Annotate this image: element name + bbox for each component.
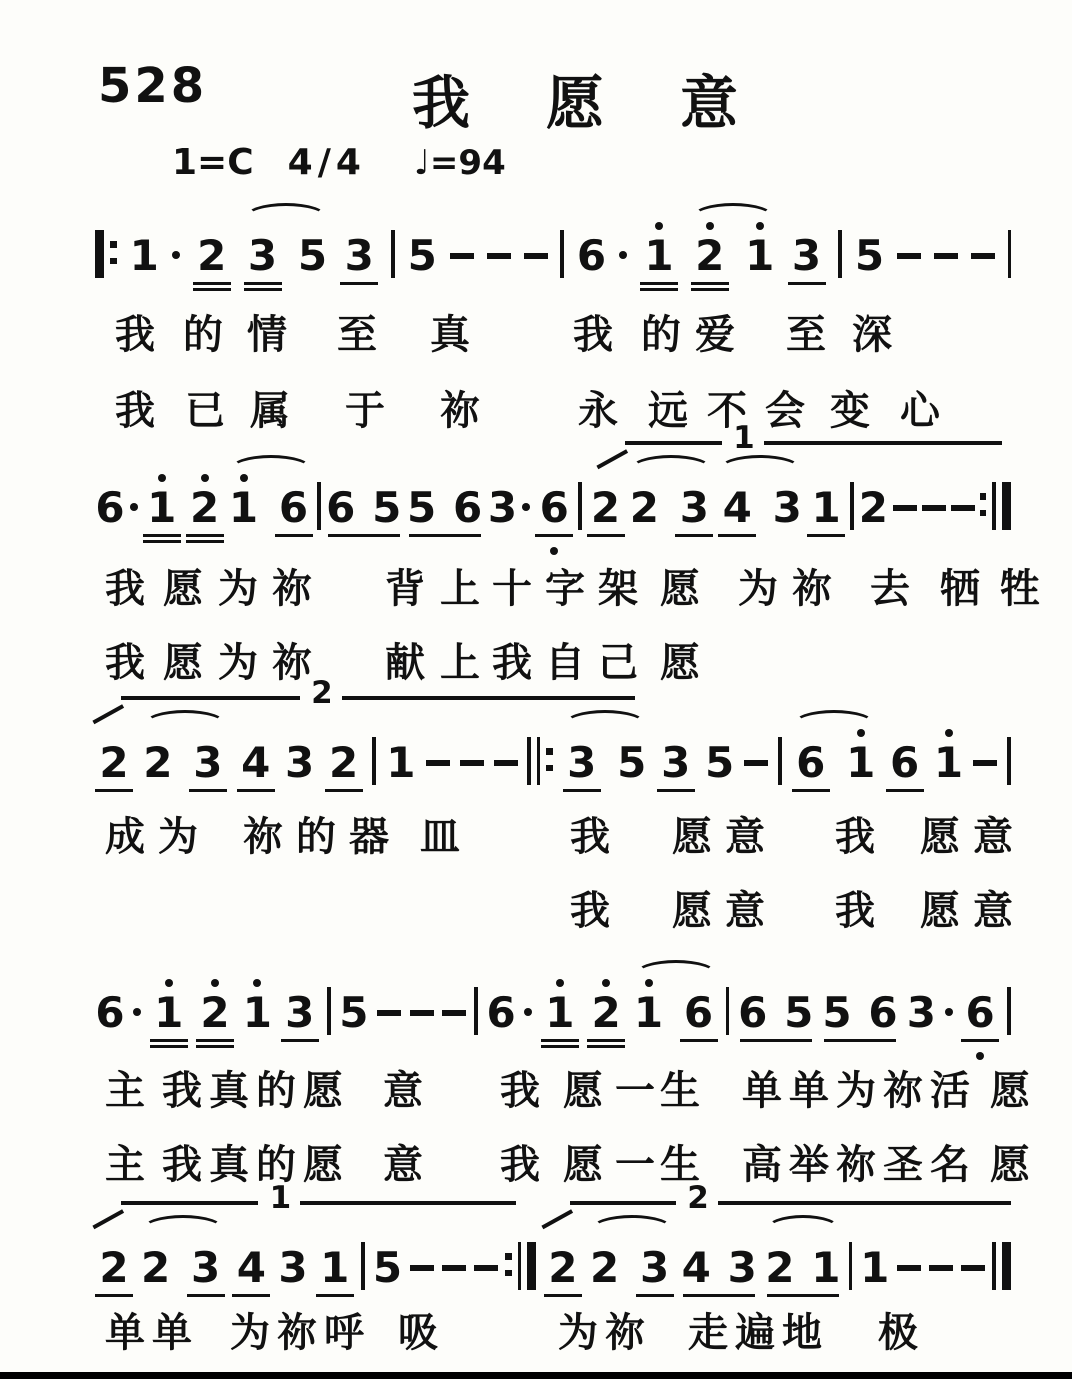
volta-diagonal bbox=[92, 704, 123, 724]
jianpu-note: 1 bbox=[807, 469, 845, 543]
duration-underline bbox=[535, 534, 573, 538]
lyric-char: 意 bbox=[725, 888, 765, 934]
duration-dash bbox=[494, 760, 518, 766]
underline-zone bbox=[150, 1036, 188, 1048]
note-number: 5 bbox=[822, 990, 851, 1036]
lyric-char: 的 bbox=[641, 312, 681, 358]
underline-zone bbox=[587, 531, 625, 543]
repeat-dots bbox=[980, 493, 987, 516]
underline-zone bbox=[807, 531, 845, 543]
underline-zone bbox=[961, 1036, 999, 1048]
lyric-char: 属 bbox=[250, 388, 290, 434]
jianpu-note: 3 bbox=[906, 974, 936, 1048]
barline bbox=[372, 724, 376, 785]
thin-barline bbox=[537, 737, 541, 785]
jianpu-note: 1 bbox=[242, 974, 272, 1048]
jianpu-note: 3 bbox=[285, 724, 315, 798]
jianpu-note: 6 bbox=[886, 724, 924, 798]
lyric-char: 我 bbox=[162, 1142, 202, 1188]
note-number: 4 bbox=[241, 740, 270, 786]
duration-underline bbox=[792, 789, 830, 793]
note-number: 5 bbox=[298, 233, 327, 279]
lyric-char: 至 bbox=[786, 312, 826, 358]
lyric-char: 意 bbox=[973, 888, 1013, 934]
note-number: 2 bbox=[329, 740, 358, 786]
note-number: 1 bbox=[229, 485, 258, 531]
underline-zone bbox=[718, 531, 756, 543]
note-number: 6 bbox=[738, 990, 767, 1036]
volta-label: 2 bbox=[687, 1180, 709, 1216]
jianpu-note: 3 bbox=[244, 217, 282, 291]
note-number: 5 bbox=[617, 740, 646, 786]
lyric-char: 的 bbox=[183, 312, 223, 358]
duration-dash bbox=[460, 760, 484, 766]
note-number: 1 bbox=[320, 1245, 349, 1291]
volta-line bbox=[570, 1201, 676, 1205]
lyrics-line-5: 成为祢的器皿我愿意我愿意 bbox=[0, 814, 1013, 860]
volta-diagonal bbox=[541, 1209, 572, 1229]
lyric-char: 愿 bbox=[990, 1142, 1030, 1188]
underline-zone bbox=[186, 531, 224, 543]
key-signature: 1=C bbox=[172, 142, 254, 183]
duration-underline bbox=[587, 1045, 625, 1049]
jianpu-note: 3 bbox=[675, 469, 713, 543]
note-group: 65 bbox=[738, 974, 814, 1048]
underline-zone bbox=[95, 786, 133, 798]
note-number: 3 bbox=[193, 740, 222, 786]
duration-underline bbox=[150, 1039, 188, 1043]
lyric-char: 的 bbox=[256, 1068, 296, 1114]
lyric-char: 我 bbox=[570, 888, 610, 934]
note-number: 5 bbox=[784, 990, 813, 1036]
barline bbox=[361, 1229, 365, 1290]
thin-barline bbox=[778, 737, 782, 785]
underline-zone bbox=[587, 1036, 625, 1048]
lyric-char: 真 bbox=[209, 1068, 249, 1114]
lyrics-line-1: 我的情至真我的爱至深 bbox=[0, 312, 892, 358]
barline bbox=[527, 724, 553, 785]
jianpu-note: 6 bbox=[95, 974, 125, 1048]
duration-underline bbox=[541, 1045, 579, 1049]
augmentation-dot bbox=[172, 251, 180, 259]
lyric-char: 祢 bbox=[243, 814, 283, 860]
note-number: 6 bbox=[577, 233, 606, 279]
underline-zone bbox=[544, 1291, 582, 1303]
duration-underline bbox=[691, 282, 729, 286]
augmentation-dot bbox=[133, 1008, 141, 1016]
volta-diagonal bbox=[92, 1209, 123, 1229]
jianpu-note: 6 bbox=[577, 217, 607, 291]
underline-zone bbox=[325, 786, 363, 798]
octave-dot-above bbox=[556, 979, 564, 987]
lyric-char: 举 bbox=[789, 1142, 829, 1188]
note-number: 5 bbox=[855, 233, 884, 279]
note-number: 1 bbox=[154, 990, 183, 1036]
underline-zone bbox=[244, 279, 282, 291]
thin-barline bbox=[327, 987, 331, 1035]
thin-barline bbox=[1007, 987, 1011, 1035]
note-number: 4 bbox=[682, 1245, 711, 1291]
jianpu-note: 1 bbox=[634, 974, 664, 1048]
note-number: 5 bbox=[705, 740, 734, 786]
jianpu-note: 5 bbox=[407, 217, 437, 291]
note-group: 23 bbox=[590, 1229, 674, 1303]
volta-bracket: 1 bbox=[599, 433, 1002, 473]
lyric-char: 愿 bbox=[990, 1068, 1030, 1114]
lyric-char: 祢 bbox=[272, 566, 312, 612]
underline-zone bbox=[675, 531, 713, 543]
jianpu-note: 2 bbox=[141, 1229, 171, 1303]
repeat-dot bbox=[505, 1270, 512, 1277]
note-number: 2 bbox=[200, 990, 229, 1036]
music-line-2: 6121665563622343121 bbox=[95, 469, 1011, 543]
note-group: 16 bbox=[229, 469, 313, 543]
jianpu-note: 6 bbox=[868, 974, 898, 1048]
duration-underline bbox=[275, 534, 313, 538]
jianpu-note: 4 bbox=[232, 1229, 270, 1303]
note-group: 21 bbox=[765, 1229, 841, 1303]
note-group: 61 bbox=[792, 724, 876, 798]
jianpu-note: 1 bbox=[150, 974, 188, 1048]
underline-zone bbox=[187, 1291, 225, 1303]
note-number: 6 bbox=[453, 485, 482, 531]
note-number: 3 bbox=[661, 740, 690, 786]
note-number: 3 bbox=[640, 1245, 669, 1291]
duration-underline bbox=[636, 1294, 674, 1298]
jianpu-note: 5 bbox=[705, 724, 735, 798]
lyric-char: 献 bbox=[385, 640, 425, 686]
hymn-number: 528 bbox=[98, 58, 207, 114]
jianpu-note: 4 bbox=[718, 469, 756, 543]
thin-barline bbox=[372, 737, 376, 785]
duration-underline bbox=[186, 534, 224, 538]
thin-barline bbox=[850, 482, 854, 530]
jianpu-note: 2 bbox=[143, 724, 173, 798]
jianpu-note: 5 bbox=[407, 469, 437, 543]
lyric-char: 走 bbox=[688, 1310, 728, 1356]
octave-dot-above bbox=[211, 979, 219, 987]
lyric-char: 远 bbox=[648, 388, 688, 434]
lyric-char: 成 bbox=[105, 814, 145, 860]
thin-barline bbox=[560, 230, 564, 278]
jianpu-note: 2 bbox=[691, 217, 729, 291]
barline bbox=[317, 469, 321, 530]
lyric-char: 我 bbox=[115, 388, 155, 434]
jianpu-note: 5 bbox=[822, 974, 852, 1048]
duration-dash bbox=[893, 505, 917, 511]
jianpu-note: 1 bbox=[640, 217, 678, 291]
lyric-char: 牲 bbox=[1000, 566, 1040, 612]
lyric-char: 愿 bbox=[303, 1142, 343, 1188]
duration-underline bbox=[186, 540, 224, 544]
duration-underline bbox=[244, 282, 282, 286]
note-number: 1 bbox=[846, 740, 875, 786]
lyrics-line-7: 主我真的愿意我愿一生单单为祢活愿 bbox=[0, 1068, 1030, 1114]
note-group: 35 bbox=[563, 724, 647, 798]
octave-dot-above bbox=[756, 222, 764, 230]
lyric-char: 遍 bbox=[735, 1310, 775, 1356]
lyric-char: 我 bbox=[115, 312, 155, 358]
duration-dash bbox=[487, 253, 511, 259]
lyric-char: 己 bbox=[598, 640, 638, 686]
jianpu-note: 1 bbox=[316, 1229, 354, 1303]
jianpu-note: 2 bbox=[587, 974, 625, 1048]
jianpu-note: 2 bbox=[325, 724, 363, 798]
thin-barline bbox=[992, 1242, 996, 1290]
jianpu-note: 5 bbox=[617, 724, 647, 798]
underline-zone bbox=[237, 786, 275, 798]
augmentation-dot bbox=[945, 1008, 953, 1016]
note-group: 56 bbox=[407, 469, 483, 543]
note-group: 23 bbox=[629, 469, 713, 543]
lyric-char: 愿 bbox=[163, 640, 203, 686]
lyrics-line-6: 我愿意我愿意 bbox=[0, 888, 1013, 934]
jianpu-note: 4 bbox=[237, 724, 275, 798]
lyric-char: 牺 bbox=[940, 566, 980, 612]
duration-dash bbox=[410, 1010, 434, 1016]
duration-underline bbox=[143, 540, 181, 544]
jianpu-note: 2 bbox=[95, 1229, 133, 1303]
duration-underline bbox=[675, 534, 713, 538]
lyric-char: 为 bbox=[218, 640, 258, 686]
lyric-char: 愿 bbox=[563, 1068, 603, 1114]
octave-dot-above bbox=[857, 729, 865, 737]
lyric-char: 器 bbox=[349, 814, 389, 860]
lyric-char: 愿 bbox=[920, 814, 960, 860]
lyric-char: 我 bbox=[500, 1142, 540, 1188]
duration-underline bbox=[143, 534, 181, 538]
volta-diagonal bbox=[596, 449, 627, 469]
duration-underline bbox=[886, 789, 924, 793]
jianpu-note: 6 bbox=[275, 469, 313, 543]
note-number: 6 bbox=[95, 485, 124, 531]
volta-line bbox=[121, 696, 300, 700]
lyric-char: 愿 bbox=[303, 1068, 343, 1114]
underline-zone bbox=[886, 786, 924, 798]
jianpu-note: 5 bbox=[855, 217, 885, 291]
duration-underline bbox=[95, 1294, 133, 1298]
note-number: 3 bbox=[191, 1245, 220, 1291]
note-number: 1 bbox=[745, 233, 774, 279]
note-number: 2 bbox=[859, 485, 888, 531]
note-group: 21 bbox=[691, 217, 775, 291]
lyric-char: 背 bbox=[385, 566, 425, 612]
jianpu-note: 6 bbox=[486, 974, 516, 1048]
lyric-char: 意 bbox=[725, 814, 765, 860]
duration-underline bbox=[563, 789, 601, 793]
lyric-char: 活 bbox=[930, 1068, 970, 1114]
note-number: 6 bbox=[487, 990, 516, 1036]
duration-underline bbox=[150, 1045, 188, 1049]
underline-zone bbox=[541, 1036, 579, 1048]
lyric-char: 为 bbox=[558, 1310, 598, 1356]
barline bbox=[560, 217, 564, 278]
note-number: 6 bbox=[965, 990, 994, 1036]
lyric-char: 愿 bbox=[660, 566, 700, 612]
jianpu-note: 2 bbox=[858, 469, 888, 543]
duration-underline bbox=[196, 1045, 234, 1049]
duration-underline bbox=[232, 1294, 270, 1298]
thin-barline bbox=[1008, 230, 1012, 278]
lyric-char: 一 bbox=[615, 1142, 655, 1188]
thin-barline bbox=[838, 230, 842, 278]
jianpu-note: 1 bbox=[386, 724, 416, 798]
jianpu-note: 5 bbox=[373, 1229, 403, 1303]
lyric-char: 至 bbox=[337, 312, 377, 358]
lyric-char: 皿 bbox=[420, 814, 460, 860]
volta-line bbox=[625, 441, 722, 445]
duration-dash bbox=[744, 760, 768, 766]
duration-underline bbox=[807, 534, 845, 538]
note-number: 2 bbox=[99, 740, 128, 786]
jianpu-note: 3 bbox=[488, 469, 518, 543]
note-number: 3 bbox=[680, 485, 709, 531]
jianpu-note: 1 bbox=[811, 1229, 841, 1303]
jianpu-note: 1 bbox=[541, 974, 579, 1048]
underline-zone bbox=[657, 786, 695, 798]
lyrics-line-9: 单单为祢呼吸为祢走遍地极 bbox=[0, 1310, 918, 1356]
lyric-char: 极 bbox=[878, 1310, 918, 1356]
note-number: 1 bbox=[147, 485, 176, 531]
note-number: 3 bbox=[792, 233, 821, 279]
duration-dash bbox=[410, 1265, 434, 1271]
lyric-char: 为 bbox=[230, 1310, 270, 1356]
volta-label: 2 bbox=[311, 675, 333, 711]
jianpu-note: 2 bbox=[186, 469, 224, 543]
repeat-dots bbox=[546, 748, 553, 771]
note-number: 3 bbox=[728, 1245, 757, 1291]
lyric-char: 真 bbox=[209, 1142, 249, 1188]
note-number: 6 bbox=[540, 485, 569, 531]
note-number: 2 bbox=[99, 1245, 128, 1291]
lyric-char: 地 bbox=[782, 1310, 822, 1356]
note-number: 1 bbox=[130, 233, 159, 279]
barline bbox=[849, 1229, 853, 1290]
octave-dot-above bbox=[253, 979, 261, 987]
duration-dash bbox=[442, 1265, 466, 1271]
octave-dot-above bbox=[706, 222, 714, 230]
lyric-char: 我 bbox=[835, 888, 875, 934]
jianpu-note: 3 bbox=[657, 724, 695, 798]
duration-dash bbox=[961, 1265, 985, 1271]
lyric-char: 单 bbox=[789, 1068, 829, 1114]
duration-underline bbox=[193, 288, 231, 292]
duration-dash bbox=[377, 1010, 401, 1016]
jianpu-note: 1 bbox=[745, 217, 775, 291]
music-line-4: 61213561216655636 bbox=[95, 974, 1011, 1048]
barline bbox=[474, 974, 478, 1035]
duration-dash bbox=[973, 760, 997, 766]
jianpu-note: 3 bbox=[189, 724, 227, 798]
note-number: 6 bbox=[684, 990, 713, 1036]
lyric-char: 上 bbox=[440, 640, 480, 686]
lyric-char: 愿 bbox=[563, 1142, 603, 1188]
lyric-char: 祢 bbox=[277, 1310, 317, 1356]
underline-zone bbox=[193, 279, 231, 291]
lyric-char: 祢 bbox=[272, 640, 312, 686]
music-line-1: 123535612135 bbox=[95, 217, 1011, 291]
duration-dash bbox=[951, 505, 975, 511]
repeat-dot bbox=[505, 1253, 512, 1260]
octave-dot-above bbox=[240, 474, 248, 482]
lyric-char: 为 bbox=[218, 566, 258, 612]
jianpu-note: 6 bbox=[792, 724, 830, 798]
lyric-char: 的 bbox=[296, 814, 336, 860]
underline-zone bbox=[340, 279, 378, 291]
lyric-char: 意 bbox=[973, 814, 1013, 860]
duration-underline bbox=[95, 789, 133, 793]
duration-dash bbox=[426, 760, 450, 766]
lyric-char: 上 bbox=[440, 566, 480, 612]
volta-line bbox=[718, 1201, 1011, 1205]
lyric-char: 祢 bbox=[792, 566, 832, 612]
note-number: 3 bbox=[773, 485, 802, 531]
jianpu-note: 1 bbox=[129, 217, 159, 291]
music-line-5: 22343152234321112 bbox=[95, 1229, 1011, 1303]
thin-barline bbox=[578, 482, 582, 530]
note-number: 2 bbox=[695, 233, 724, 279]
lyric-char: 字 bbox=[545, 566, 585, 612]
jianpu-note: 6 bbox=[680, 974, 718, 1048]
note-number: 1 bbox=[934, 740, 963, 786]
lyric-char: 会 bbox=[765, 388, 805, 434]
lyric-char: 我 bbox=[105, 566, 145, 612]
underline-zone bbox=[788, 279, 826, 291]
duration-underline bbox=[718, 534, 756, 538]
note-number: 4 bbox=[237, 1245, 266, 1291]
lyric-char: 心 bbox=[900, 388, 940, 434]
duration-dash bbox=[442, 1010, 466, 1016]
tempo-marking: ♩=94 bbox=[414, 143, 506, 183]
jianpu-note: 1 bbox=[934, 724, 964, 798]
note-group: 65 bbox=[326, 469, 402, 543]
jianpu-note: 3 bbox=[772, 469, 802, 543]
duration-underline bbox=[196, 1039, 234, 1043]
duration-underline bbox=[640, 282, 678, 286]
thin-barline bbox=[1007, 737, 1011, 785]
note-number: 2 bbox=[190, 485, 219, 531]
time-signature: 4/4 bbox=[288, 142, 366, 183]
lyric-char: 主 bbox=[105, 1068, 145, 1114]
jianpu-note: 6 bbox=[738, 974, 768, 1048]
note-number: 1 bbox=[811, 1245, 840, 1291]
barline bbox=[578, 469, 582, 530]
underline-zone bbox=[281, 1036, 319, 1048]
note-number: 2 bbox=[590, 1245, 619, 1291]
lyric-char: 十 bbox=[492, 566, 532, 612]
note-group: 43 bbox=[718, 469, 802, 543]
lyric-char: 真 bbox=[430, 312, 470, 358]
note-number: 3 bbox=[278, 1245, 307, 1291]
note-number: 6 bbox=[326, 485, 355, 531]
volta-bracket: 1 bbox=[95, 1193, 516, 1233]
duration-underline bbox=[237, 789, 275, 793]
augmentation-dot bbox=[524, 1008, 532, 1016]
underline-zone bbox=[95, 1291, 133, 1303]
jianpu-note: 4 bbox=[681, 1229, 711, 1303]
thick-barline bbox=[1002, 482, 1011, 530]
note-number: 6 bbox=[890, 740, 919, 786]
note-number: 1 bbox=[634, 990, 663, 1036]
barline bbox=[1007, 724, 1011, 785]
lyric-char: 为 bbox=[158, 814, 198, 860]
thick-barline bbox=[527, 1242, 536, 1290]
augmentation-dot bbox=[619, 251, 627, 259]
duration-underline bbox=[541, 1039, 579, 1043]
volta-line bbox=[121, 1201, 258, 1205]
note-group: 56 bbox=[822, 974, 898, 1048]
lyric-char: 单 bbox=[105, 1310, 145, 1356]
